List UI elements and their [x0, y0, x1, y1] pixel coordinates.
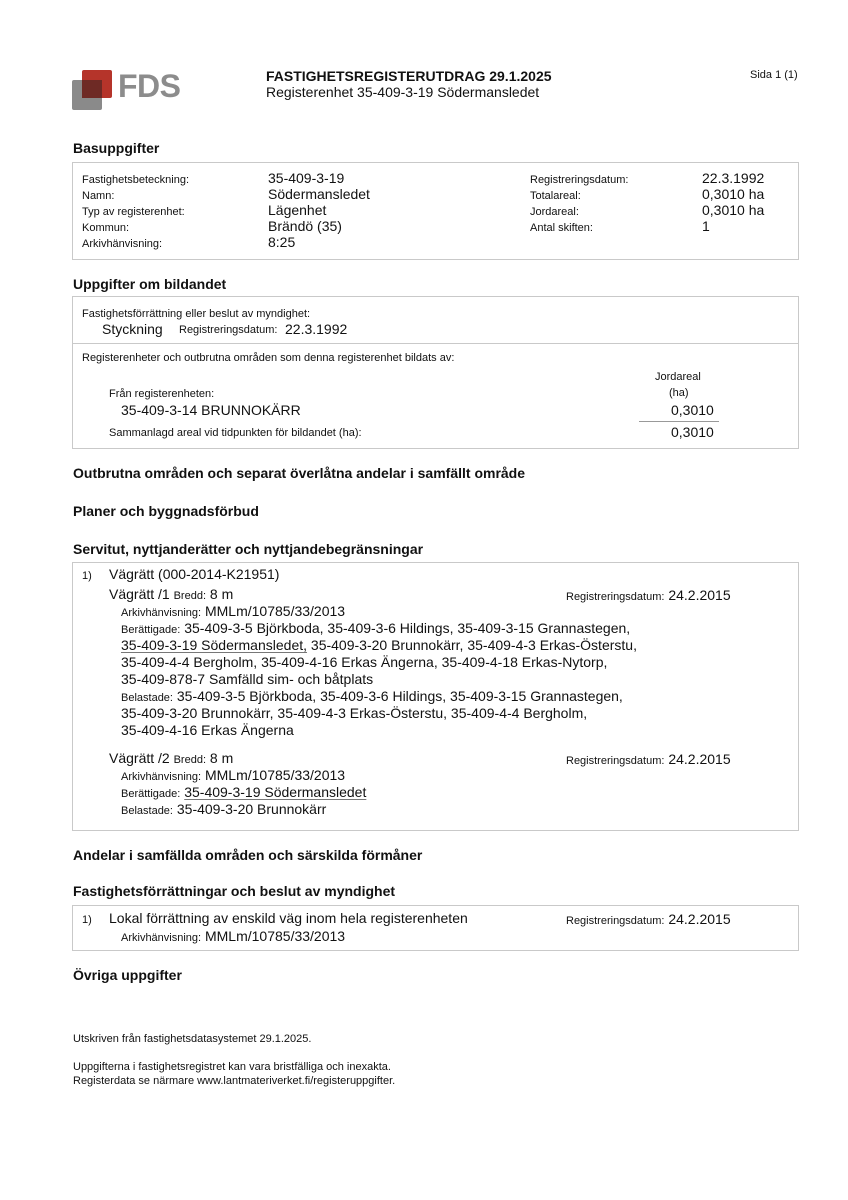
field-value: 35-409-3-19	[268, 170, 344, 186]
berattigade-text: 35-409-3-20 Brunnokärr, 35-409-4-3 Erkas…	[307, 637, 637, 653]
bredd-value: 8 m	[210, 586, 233, 602]
field-value: 0,3010 ha	[702, 186, 764, 202]
field-value: Brändö (35)	[268, 218, 342, 234]
regdatum-value: 24.2.2015	[668, 751, 730, 767]
section-heading-planer: Planer och byggnadsförbud	[73, 503, 259, 519]
logo-overlap	[82, 80, 102, 98]
field-label: Kommun:	[82, 222, 129, 234]
field-value: 22.3.1992	[702, 170, 764, 186]
berattigade-text: 35-409-3-5 Björkboda, 35-409-3-6 Hilding…	[184, 620, 630, 636]
section-heading-servitut: Servitut, nyttjanderätter och nyttjandeb…	[73, 541, 423, 557]
jordareal-col-header: Jordareal	[655, 371, 701, 383]
regdatum-value: 22.3.1992	[285, 321, 347, 337]
vagratt-2-belastade: Belastade: 35-409-3-20 Brunnokärr	[121, 801, 326, 821]
section-heading-ovriga: Övriga uppgifter	[73, 967, 182, 983]
vagratt-1-belastade-line: 35-409-3-20 Brunnokärr, 35-409-4-3 Erkas…	[121, 705, 587, 723]
vagratt-2-name: Vägrätt /2	[109, 750, 170, 766]
forrattning-title: Lokal förrättning av enskild väg inom he…	[109, 910, 468, 926]
own-property-link[interactable]: 35-409-3-19 Södermansledet,	[121, 637, 307, 653]
arkiv-value: MMLm/10785/33/2013	[205, 767, 345, 783]
vagratt-1-berattigade-line: 35-409-3-19 Södermansledet, 35-409-3-20 …	[121, 637, 637, 655]
field-value: Lägenhet	[268, 202, 326, 218]
berattigade-label: Berättigade:	[121, 788, 180, 800]
own-property-link[interactable]: 35-409-3-19 Södermansledet	[184, 784, 366, 800]
bildats-label: Registerenheter och outbrutna områden so…	[82, 352, 454, 364]
vagratt-1-name: Vägrätt /1	[109, 586, 170, 602]
servitut-number: 1)	[82, 570, 92, 582]
fran-areal: 0,3010	[671, 402, 714, 418]
fds-logo: FDS	[72, 70, 172, 112]
field-label: Fastighetsbeteckning:	[82, 174, 189, 186]
belastade-text: 35-409-3-20 Brunnokärr	[177, 801, 326, 817]
regdatum-value: 24.2.2015	[668, 587, 730, 603]
section-heading-outbrutna: Outbrutna områden och separat överlåtna …	[73, 465, 525, 481]
regdatum-value: 24.2.2015	[668, 911, 730, 927]
bredd-label: Bredd:	[174, 754, 206, 766]
field-label: Arkivhänvisning:	[82, 238, 162, 250]
forrattning-arkiv: Arkivhänvisning: MMLm/10785/33/2013	[121, 928, 345, 944]
fran-label: Från registerenheten:	[109, 388, 214, 400]
fran-value: 35-409-3-14 BRUNNOKÄRR	[121, 402, 301, 418]
section-heading-basuppgifter: Basuppgifter	[73, 140, 159, 156]
belastade-label: Belastade:	[121, 805, 173, 817]
bildandet-origin-box: Registerenheter och outbrutna områden so…	[72, 343, 799, 449]
belastade-label: Belastade:	[121, 692, 173, 704]
page-number: Sida 1 (1)	[750, 69, 798, 81]
bredd-label: Bredd:	[174, 590, 206, 602]
bredd-value: 8 m	[210, 750, 233, 766]
vagratt-2-heading: Vägrätt /2 Bredd: 8 m	[109, 750, 233, 766]
field-label: Typ av registerenhet:	[82, 206, 185, 218]
berattigade-label: Berättigade:	[121, 624, 180, 636]
arkiv-value: MMLm/10785/33/2013	[205, 928, 345, 944]
field-value: 8:25	[268, 234, 295, 250]
sum-value: 0,3010	[671, 424, 714, 440]
section-heading-andelar: Andelar i samfällda områden och särskild…	[73, 847, 422, 863]
field-value: Södermansledet	[268, 186, 370, 202]
vagratt-2-regdatum: Registreringsdatum: 24.2.2015	[566, 751, 731, 767]
bildandet-forrattning-box: Fastighetsförrättning eller beslut av my…	[72, 296, 799, 344]
ha-col-header: (ha)	[669, 387, 689, 399]
field-label: Jordareal:	[530, 206, 579, 218]
forrattning-label: Fastighetsförrättning eller beslut av my…	[82, 308, 310, 320]
field-label: Namn:	[82, 190, 114, 202]
arkiv-label: Arkivhänvisning:	[121, 932, 201, 944]
forrattning-number: 1)	[82, 914, 92, 926]
sum-divider	[639, 421, 719, 422]
arkiv-label: Arkivhänvisning:	[121, 607, 201, 619]
regdatum-label: Registreringsdatum:	[179, 324, 277, 336]
footer-disclaimer: Uppgifterna i fastighetsregistret kan va…	[73, 1061, 391, 1073]
field-label: Registreringsdatum:	[530, 174, 628, 186]
vagratt-1-berattigade-line: 35-409-878-7 Samfälld sim- och båtplats	[121, 671, 373, 689]
belastade-text: 35-409-3-5 Björkboda, 35-409-3-6 Hilding…	[177, 688, 623, 704]
forrattningar-box: 1) Lokal förrättning av enskild väg inom…	[72, 905, 799, 951]
basuppgifter-box: Fastighetsbeteckning: 35-409-3-19 Namn: …	[72, 162, 799, 260]
sum-label: Sammanlagd areal vid tidpunkten för bild…	[109, 427, 362, 439]
regdatum-label: Registreringsdatum:	[566, 915, 664, 927]
regdatum-label: Registreringsdatum:	[566, 591, 664, 603]
vagratt-1-berattigade-line: 35-409-4-4 Bergholm, 35-409-4-16 Erkas Ä…	[121, 654, 607, 672]
servitut-title: Vägrätt (000-2014-K21951)	[109, 566, 279, 582]
logo-text: FDS	[118, 68, 181, 105]
footer-printed: Utskriven från fastighetsdatasystemet 29…	[73, 1033, 311, 1045]
forrattning-regdatum: Registreringsdatum: 24.2.2015	[566, 911, 731, 927]
arkiv-label: Arkivhänvisning:	[121, 771, 201, 783]
arkiv-value: MMLm/10785/33/2013	[205, 603, 345, 619]
field-label: Totalareal:	[530, 190, 581, 202]
vagratt-1-heading: Vägrätt /1 Bredd: 8 m	[109, 586, 233, 602]
field-value: 0,3010 ha	[702, 202, 764, 218]
section-heading-bildandet: Uppgifter om bildandet	[73, 276, 226, 292]
footer-register-link: Registerdata se närmare www.lantmaterive…	[73, 1075, 395, 1087]
regdatum-label: Registreringsdatum:	[566, 755, 664, 767]
document-subtitle: Registerenhet 35-409-3-19 Södermansledet	[266, 84, 539, 100]
vagratt-1-regdatum: Registreringsdatum: 24.2.2015	[566, 587, 731, 603]
field-label: Antal skiften:	[530, 222, 593, 234]
field-value: 1	[702, 218, 710, 234]
document-title: FASTIGHETSREGISTERUTDRAG 29.1.2025	[266, 68, 552, 84]
section-heading-forrattningar: Fastighetsförrättningar och beslut av my…	[73, 883, 395, 899]
forrattning-value: Styckning	[102, 321, 163, 337]
vagratt-1-belastade-line: 35-409-4-16 Erkas Ängerna	[121, 722, 294, 740]
